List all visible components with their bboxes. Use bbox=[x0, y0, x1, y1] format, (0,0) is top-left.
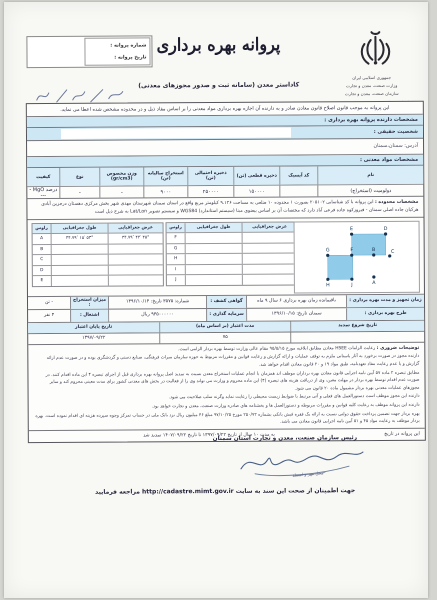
mineral-definite-reserve: ۱۵۰۰۰۰ bbox=[233, 186, 279, 197]
exploitation-plan-value: سمنان تاریخ: ۱۳۹۶/۱۰/۱۵ bbox=[246, 308, 346, 321]
mineral-name: دولومیت (استخراج) bbox=[317, 185, 423, 197]
boundary-label: مشخصات محدوده : bbox=[375, 200, 418, 205]
exploitation-plan-label: طرح بهره برداری : bbox=[346, 307, 424, 319]
coords-table-f-j: عرض جغرافیایی طول جغرافیایی راوس F G H I… bbox=[166, 221, 298, 286]
map-point-label: J bbox=[350, 282, 352, 288]
lat-J bbox=[242, 275, 297, 285]
col-probable-reserve: ذخیره احتمالی (تن) bbox=[187, 167, 233, 185]
cadastre-url: http://cadastre.mimt.gov.ir bbox=[142, 488, 234, 496]
notes-headline: رعایت الزامات HSEE معادن مطابق ابلاغیه م… bbox=[178, 346, 375, 352]
boundary-description: مشخصات محدوده : این پروانه با کد شناسایی… bbox=[27, 197, 423, 220]
lon-J bbox=[185, 275, 242, 285]
col-isic: کد آیسیک bbox=[279, 166, 317, 184]
note-paragraph: مطابق تبصره ۲ ماده ۵۷ آیین نامه اجرایی ق… bbox=[33, 369, 419, 394]
document-content: شماره پروانه : تاریخ پروانه : پروانه بهر… bbox=[2, 1, 430, 600]
iran-emblem-icon bbox=[351, 29, 399, 73]
col-latitude: عرض جغرافیایی bbox=[108, 223, 163, 233]
equip-duration-label: زمان تجهیز و مدت بهره برداری : bbox=[346, 294, 424, 306]
extraction-amount-value: - تن bbox=[28, 296, 70, 308]
extraction-amount-label: میزان استخراج : bbox=[70, 296, 108, 308]
vertex-E: E bbox=[33, 276, 51, 286]
investment-label: سرمایه گذاری : bbox=[206, 308, 246, 320]
minerals-table: نام کد آیسیک ذخیره قطعی (تن) ذخیره احتما… bbox=[27, 166, 423, 199]
vertex-A: A bbox=[33, 234, 51, 244]
lon-F bbox=[185, 233, 242, 243]
employment-label: اشتغال : bbox=[70, 309, 108, 321]
note-paragraph: دارنده مجوز در صورت برخورد به آثار باستا… bbox=[33, 353, 419, 371]
discovery-cert-label: گواهی کشف : bbox=[206, 295, 246, 307]
map-point-label: B bbox=[372, 247, 375, 253]
renewal-prefix: این پروانه در تاریخ bbox=[384, 431, 420, 436]
col-name: نام bbox=[317, 166, 423, 185]
redaction-patch bbox=[61, 128, 291, 139]
equip-duration-value: باقیمانده زمان بهره برداری ۶ سال ۹ ماه bbox=[246, 295, 346, 308]
page-subtitle: کاداستر معدن (سامانه ثبت و صدور مجوزهای … bbox=[99, 81, 339, 89]
col-definite-reserve: ذخیره قطعی (تن) bbox=[233, 167, 279, 185]
map-point-label: F bbox=[350, 247, 353, 253]
lat-A: ۳۵° ۴۴′ ۴۴.۷۹″ bbox=[108, 233, 163, 243]
license-date-label: تاریخ پروانه : bbox=[88, 54, 146, 60]
lon-E bbox=[51, 276, 108, 286]
lon-D bbox=[51, 265, 108, 275]
validity-label: مدت اعتبار (بر اساس ماه) bbox=[159, 321, 290, 332]
investment-value: ۹۳۵۰۰۰۰۰۰ ریال bbox=[108, 309, 206, 322]
footer-text: جهت اطمینان از صحت این سند به سایت bbox=[236, 487, 355, 495]
signer-title: رئیس سازمان صنعت، معدن و تجارت استان سمن… bbox=[195, 435, 375, 442]
essential-notes: توضیحات ضروری : رعایت الزامات HSEE معادن… bbox=[28, 342, 425, 431]
lat-D bbox=[108, 265, 163, 275]
boundary-polygon-map: E D G F B C H J A bbox=[295, 221, 417, 290]
lon-B bbox=[51, 244, 108, 254]
vertex-I: I bbox=[167, 265, 185, 275]
vertex-J: J bbox=[167, 275, 185, 285]
validity-value: ۷۵ bbox=[159, 332, 290, 343]
col-vertex: راوس bbox=[33, 224, 51, 234]
mineral-probable-reserve: ۲۵۰۰۰۰ bbox=[187, 186, 233, 197]
boundary-text: این پروانه با کد شناسایی ۲۰۵۱۰۲ بصورت ۱ … bbox=[41, 200, 418, 214]
verification-footer: جهت اطمینان از صحت این سند به سایت http:… bbox=[45, 487, 405, 496]
map-point-label: H bbox=[326, 282, 330, 288]
vertex-H: H bbox=[167, 254, 185, 264]
mineral-specific-weight: - bbox=[99, 186, 143, 197]
map-point-label: A bbox=[372, 280, 376, 286]
minerals-data-row: دولومیت (استخراج) ۱۵۰۰۰۰ ۲۵۰۰۰۰ ۹۰۰۰ - -… bbox=[27, 184, 423, 198]
lon-I bbox=[185, 264, 242, 274]
col-latitude: عرض جغرافیایی bbox=[242, 222, 297, 232]
col-quality: کیفیت bbox=[27, 168, 59, 186]
vertex-C: C bbox=[33, 255, 51, 265]
lat-E bbox=[108, 275, 163, 285]
vertex-F: F bbox=[167, 233, 185, 243]
map-point-label: D bbox=[384, 226, 388, 232]
boundary-map: E D G F B C H J A bbox=[294, 220, 420, 293]
lat-B bbox=[108, 244, 163, 254]
footer-tail: مراجعه فرمایید bbox=[95, 488, 140, 495]
expiry-value: ۱۳۹۷/۰۹/۲۲ bbox=[28, 333, 159, 344]
employment-value: ۴ نفر bbox=[28, 309, 70, 321]
page-title: پروانه بهره برداری bbox=[128, 34, 308, 56]
expiry-label: تاریخ پایان اعتبار bbox=[28, 322, 159, 333]
coords-table-a-e: عرض جغرافیایی طول جغرافیایی راوس ۳۵° ۴۴′… bbox=[32, 222, 164, 287]
renew-start-value bbox=[290, 331, 424, 342]
col-type: نوع bbox=[59, 168, 99, 186]
org-line: سازمان صنعت، معدن و تجارت bbox=[329, 89, 415, 97]
lat-C bbox=[108, 254, 163, 264]
address-text: آدرس: سمنان،سمنان bbox=[373, 143, 418, 149]
vertex-D: D bbox=[33, 266, 51, 276]
lon-H bbox=[185, 254, 242, 264]
notes-label: توضیحات ضروری : bbox=[377, 345, 420, 350]
col-annual-extraction: استخراج سالیانه (تن) bbox=[143, 167, 187, 185]
note-paragraph: بهره بردار جهت تضمین پرداخت حقوق دولتی ن… bbox=[34, 410, 420, 428]
lat-F bbox=[242, 233, 297, 243]
map-point-label: E bbox=[350, 226, 353, 232]
vertex-G: G bbox=[167, 244, 185, 254]
coordinates-section: عرض جغرافیایی طول جغرافیایی راوس ۳۵° ۴۴′… bbox=[28, 217, 424, 296]
scanned-license-document: شماره پروانه : تاریخ پروانه : پروانه بهر… bbox=[4, 2, 428, 598]
lat-G bbox=[242, 243, 297, 253]
lat-H bbox=[242, 254, 297, 264]
mineral-type: - bbox=[59, 187, 99, 198]
map-point-label: C bbox=[391, 248, 395, 254]
col-vertex: راوس bbox=[167, 223, 185, 233]
person-type-label: شخصیت حقیقی : bbox=[374, 128, 418, 134]
col-specific-weight: وزن مخصوص (gr/cm3) bbox=[99, 167, 143, 185]
lon-C bbox=[51, 255, 108, 265]
lat-I bbox=[242, 264, 297, 274]
vertex-B: B bbox=[33, 245, 51, 255]
mineral-annual-extraction: ۹۰۰۰ bbox=[143, 186, 187, 197]
mineral-isic bbox=[279, 185, 317, 196]
document-body-frame: این پروانه به موجب قانون اصلاح قانون معا… bbox=[26, 101, 426, 443]
lon-A: ۵۳° ۱۵′ ۴۴.۷۹″ bbox=[51, 234, 108, 244]
lon-G bbox=[185, 243, 242, 253]
col-longitude: طول جغرافیایی bbox=[185, 222, 242, 232]
mineral-quality: درصد MgO ---- bbox=[27, 187, 59, 198]
minerals-header-row: نام کد آیسیک ذخیره قطعی (تن) ذخیره احتما… bbox=[27, 166, 423, 186]
map-point-label: G bbox=[326, 247, 330, 253]
renew-start-label: تاریخ شروع تمدید bbox=[290, 320, 424, 331]
discovery-cert-value: شماره: ۳۵۷۵ تاریخ: ۱۳۹۶/۱۰/۱۴ bbox=[108, 296, 206, 309]
col-longitude: طول جغرافیایی bbox=[51, 223, 108, 233]
